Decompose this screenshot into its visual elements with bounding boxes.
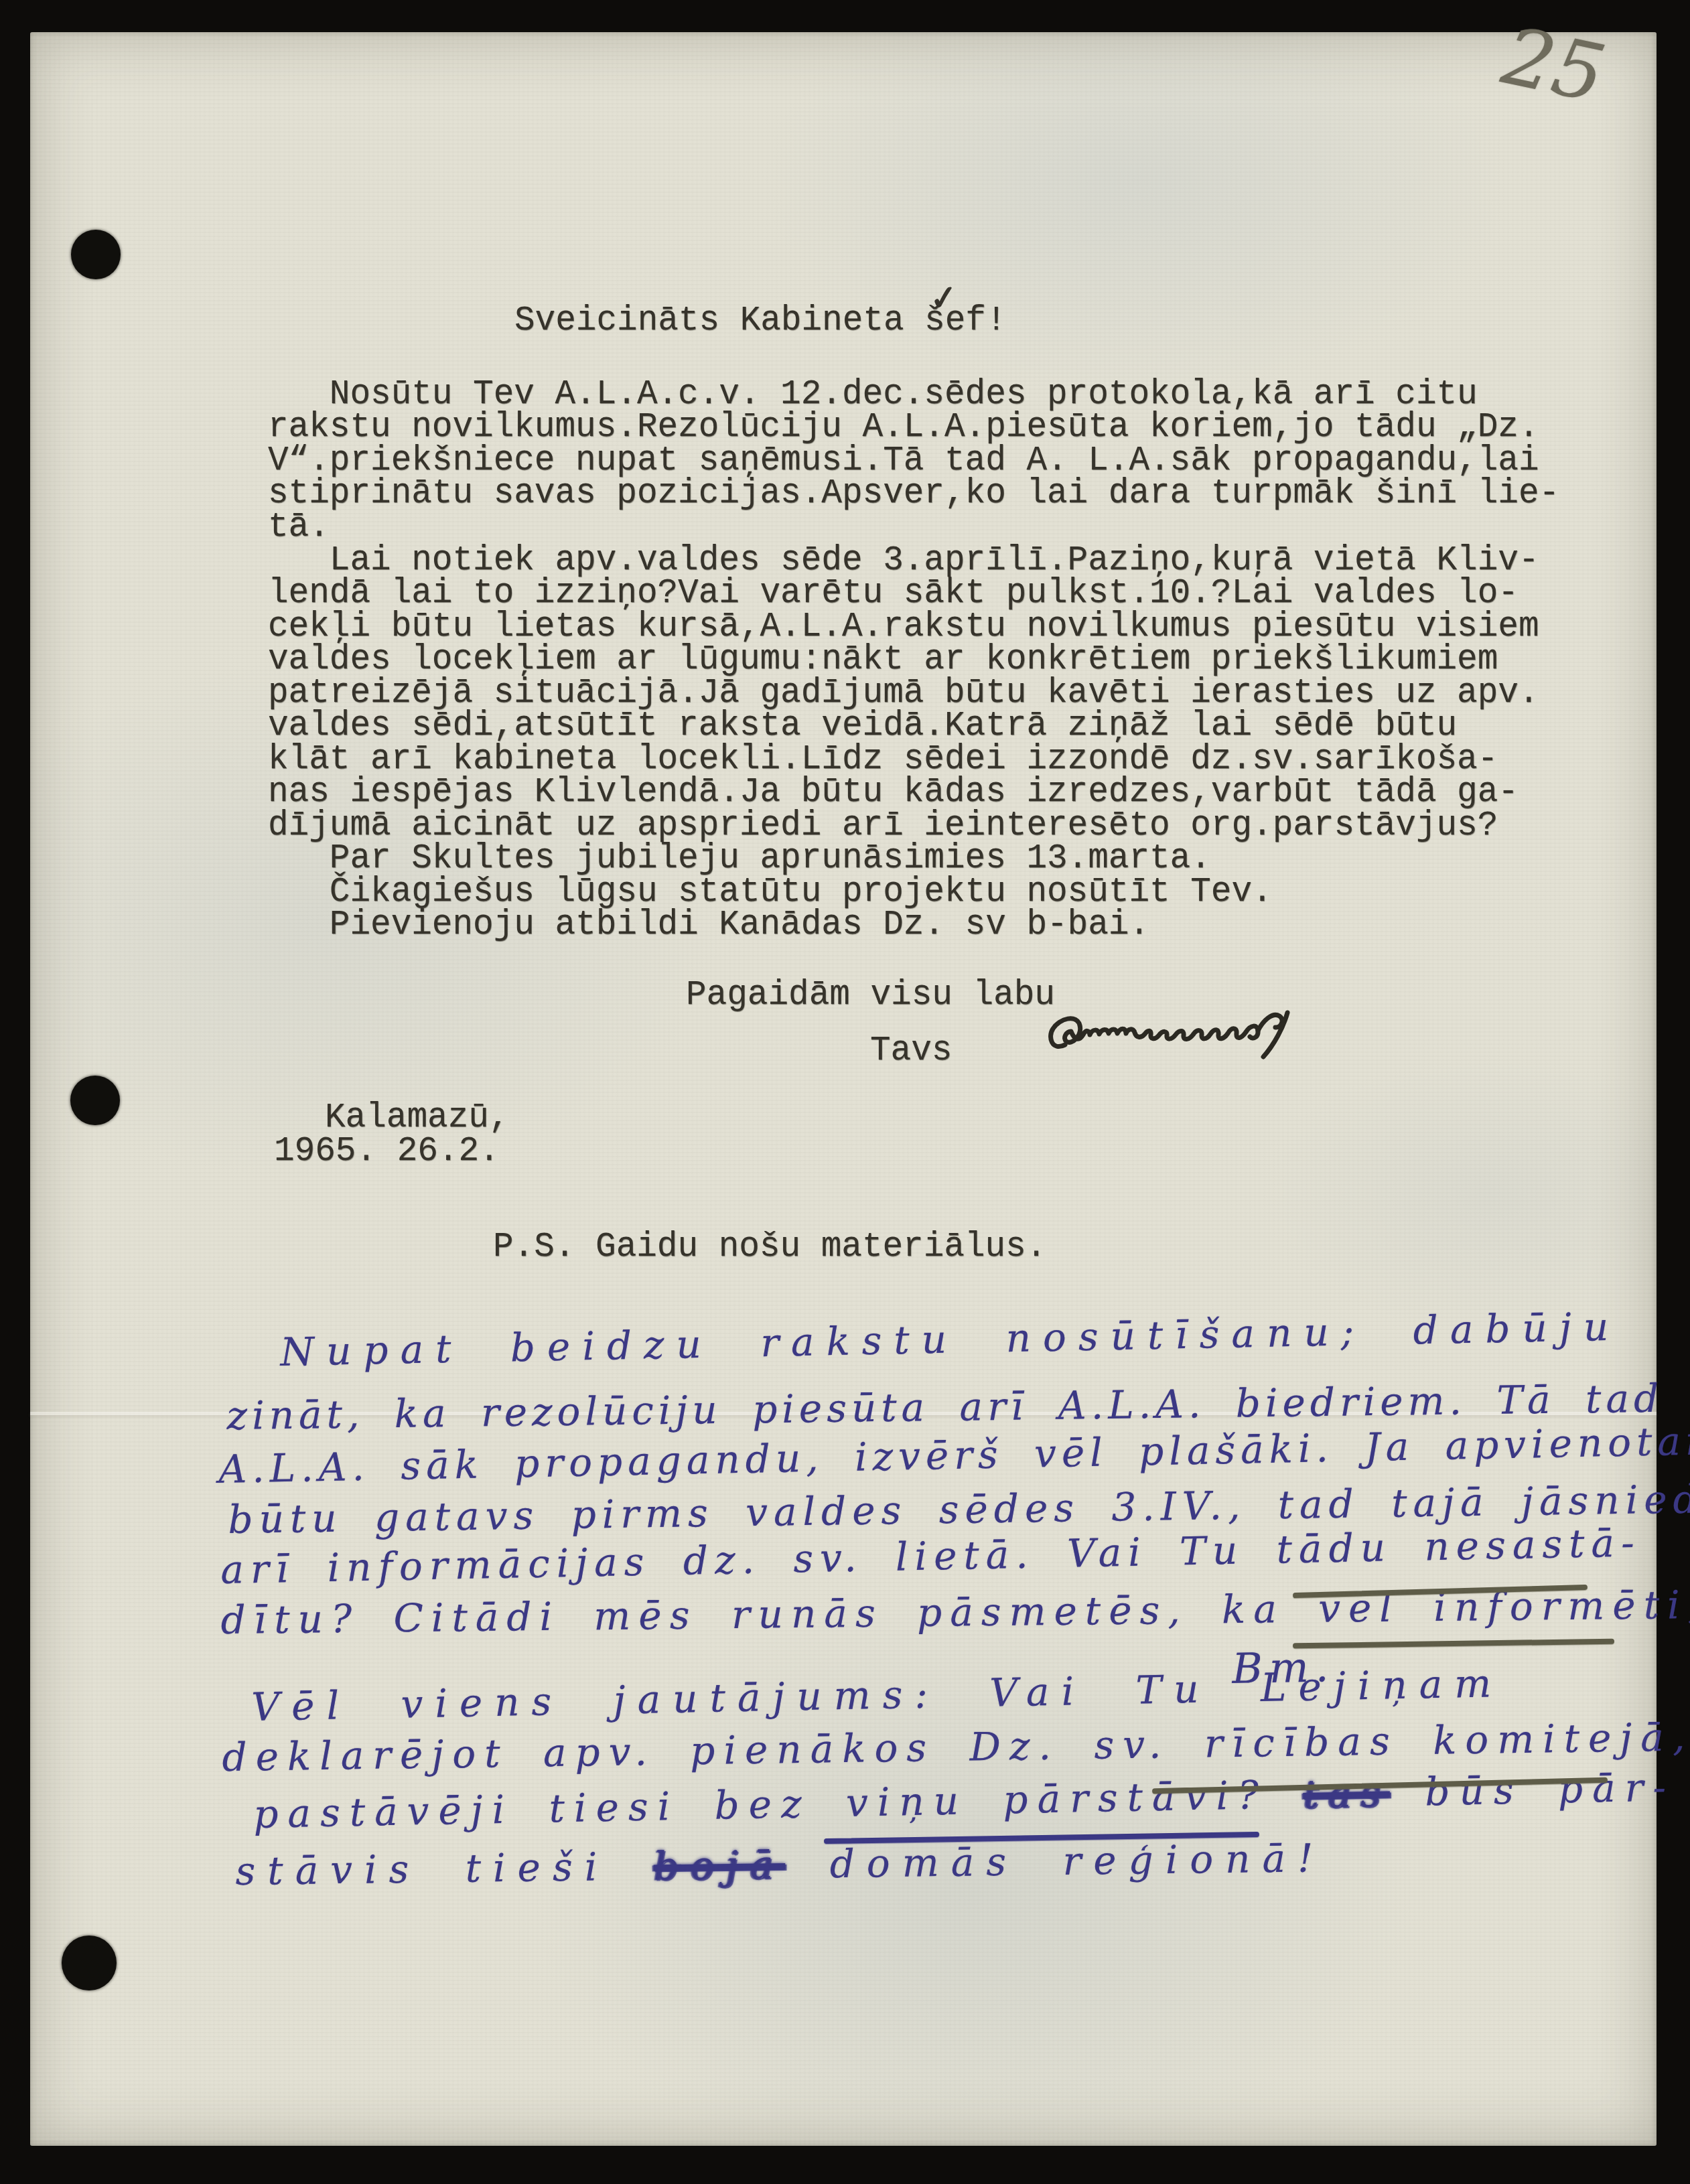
typed-line: klāt arī kabineta locekli.Līdz sēdei izz… xyxy=(268,743,1498,776)
signature xyxy=(1042,1003,1324,1077)
struck-text: tas xyxy=(1303,1769,1391,1816)
postscript: P.S. Gaidu nošu materiālus. xyxy=(493,1231,1046,1264)
typed-line: V“.priekšniece nupat saņēmusi.Tā tad A. … xyxy=(268,445,1539,478)
handwritten-text: būs pār- xyxy=(1389,1764,1675,1815)
typed-line: rakstu novilkumus.Rezolūciju A.L.A.piesū… xyxy=(268,411,1539,444)
scan-background: { "annotations": { "page_number": "25", … xyxy=(0,0,1690,2184)
typed-line: stiprinātu savas pozicijas.Apsver,ko lai… xyxy=(268,478,1559,510)
underlined-text: viņu pārstāvi? xyxy=(845,1771,1304,1826)
punch-hole xyxy=(62,1936,117,1990)
struck-text: bojā xyxy=(653,1842,785,1889)
typed-line: valdes locekļiem ar lūgumu:nākt ar konkr… xyxy=(268,644,1498,676)
salutation: Sveicināts Kabineta šef! xyxy=(514,305,1007,338)
typed-line: cekļi būtu lietas kursā,A.L.A.rakstu nov… xyxy=(268,611,1539,644)
typed-line: Par Skultes jubileju aprunāsimies 13.mar… xyxy=(268,843,1211,875)
typed-line: dījumā aicināt uz apspriedi arī ieintere… xyxy=(268,810,1498,843)
punch-hole xyxy=(71,230,121,279)
closing: Pagaidām visu labu xyxy=(686,979,1055,1012)
underlined-text: tādu nesastā- xyxy=(1276,1520,1641,1572)
punch-hole xyxy=(70,1076,120,1125)
typed-line: lendā lai to izziņo?Vai varētu sākt pulk… xyxy=(268,577,1519,610)
handwritten-text: stāvis tieši xyxy=(235,1843,654,1894)
date: 1965. 26.2. xyxy=(274,1135,500,1168)
signoff-label: Tavs xyxy=(870,1035,952,1068)
typed-line: Pievienoju atbildi Kanādas Dz. sv b-bai. xyxy=(268,909,1149,942)
typed-line: Nosūtu Tev A.L.A.c.v. 12.dec.sēdes proto… xyxy=(268,378,1478,411)
typed-line: tā. xyxy=(268,511,330,544)
typed-line: patreizējā situācijā.Jā gadījumā būtu ka… xyxy=(268,677,1539,710)
typed-line: Lai notiek apv.valdes sēde 3.aprīlī.Pazi… xyxy=(268,544,1539,577)
place: Kalamazū, xyxy=(325,1102,509,1135)
underlined-text: komitejā, xyxy=(1433,1714,1690,1763)
typed-line: Čikagiešus lūgsu statūtu projektu nosūtī… xyxy=(268,876,1273,909)
typed-line: nas iespējas Klivlendā.Ja būtu kādas izr… xyxy=(268,776,1519,809)
typed-line: valdes sēdi,atsūtīt raksta veidā.Katrā z… xyxy=(268,710,1457,743)
